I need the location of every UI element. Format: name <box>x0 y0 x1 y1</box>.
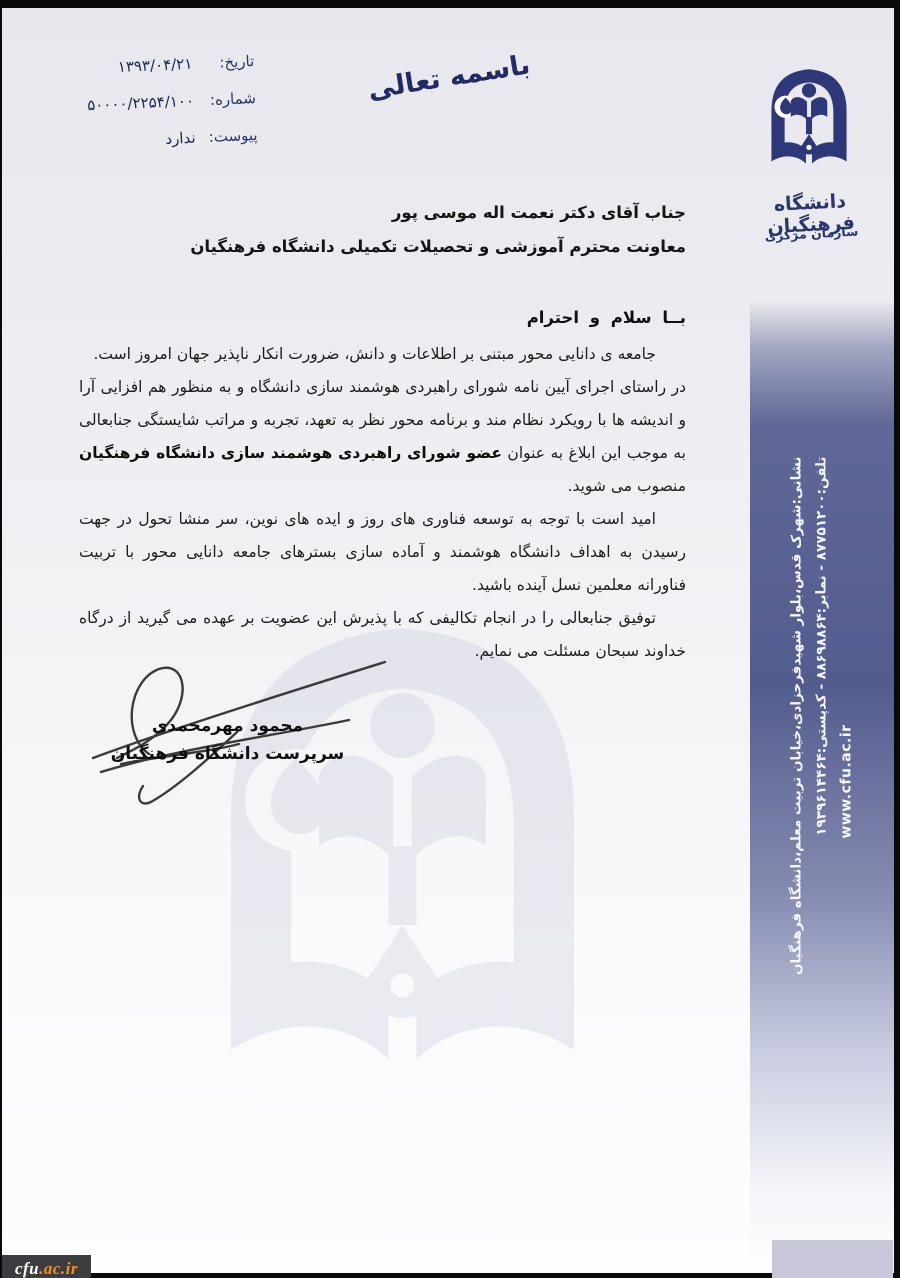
paragraph-2: در راستای اجرای آیین نامه شورای راهبردی … <box>79 371 686 503</box>
website-line: www.cfu.ac.ir <box>835 456 860 1106</box>
attachment-label: پیوست: <box>195 117 259 157</box>
badge-suffix: .ac.ir <box>39 1259 78 1278</box>
scan-artifact <box>772 1240 893 1278</box>
paragraph-3: امید است با توجه به توسعه فناوری های روز… <box>79 503 686 602</box>
bismillah-calligraphy: باسمه تعالی <box>353 47 546 107</box>
contact-line: تلفن:۸۷۷۵۱۲۰۰ - نمابر:۸۸۶۹۸۸۶۴ - کدپستی:… <box>810 456 835 1106</box>
letter-page: تاریخ: ۱۳۹۳/۰۴/۲۱ شماره: ۵۰۰۰۰/۲۲۵۴/۱۰۰ … <box>2 8 894 1273</box>
university-logo-icon <box>758 56 860 190</box>
attachment-value: ندارد <box>25 120 196 164</box>
letterhead-side-band: نشانی:شهرک قدس،بلوار شهیدفرحزادی،خیابان … <box>750 300 894 1262</box>
signatory-name: محمود مهرمحمدی <box>105 712 350 740</box>
badge-prefix: cfu <box>15 1259 39 1278</box>
cfu-watermark-badge: cfu.ac.ir <box>2 1255 91 1278</box>
paragraph-1: جامعه ی دانایی محور مبتنی بر اطلاعات و د… <box>79 338 686 371</box>
paragraph-2-end: منصوب می شوید. <box>568 477 686 495</box>
letter-body: جامعه ی دانایی محور مبتنی بر اطلاعات و د… <box>79 338 686 668</box>
recipient-block: جناب آقای دکتر نعمت اله موسی پور معاونت … <box>126 196 686 264</box>
salutation: بــا سلام و احترام <box>527 308 686 327</box>
letter-meta: تاریخ: ۱۳۹۳/۰۴/۲۱ شماره: ۵۰۰۰۰/۲۲۵۴/۱۰۰ … <box>22 43 259 164</box>
signature-block: محمود مهرمحمدی سرپرست دانشگاه فرهنگیان <box>105 712 350 768</box>
side-band-text: نشانی:شهرک قدس،بلوار شهیدفرحزادی،خیابان … <box>785 456 860 1106</box>
recipient-title: معاونت محترم آموزشی و تحصیلات تکمیلی دان… <box>126 230 686 264</box>
signatory-title: سرپرست دانشگاه فرهنگیان <box>105 740 350 768</box>
paragraph-2-appointment-bold: عضو شورای راهبردی هوشمند سازی دانشگاه فر… <box>79 444 502 462</box>
address-line: نشانی:شهرک قدس،بلوار شهیدفرحزادی،خیابان … <box>785 456 810 1106</box>
date-label: تاریخ: <box>192 43 256 83</box>
number-label: شماره: <box>193 80 257 120</box>
recipient-name: جناب آقای دکتر نعمت اله موسی پور <box>126 196 686 230</box>
